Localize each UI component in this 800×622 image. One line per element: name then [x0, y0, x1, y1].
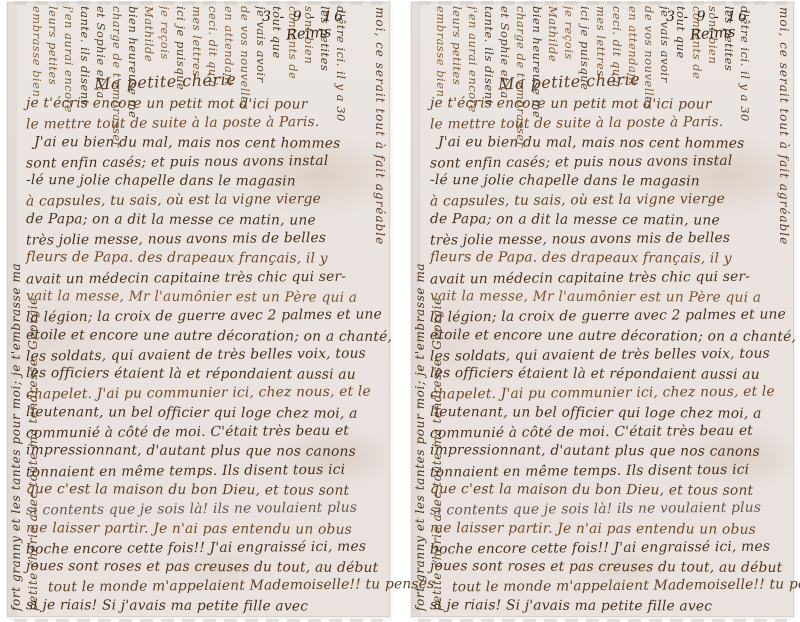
body-line: tout le monde m'appelaient Mademoiselle!…: [430, 576, 786, 598]
body-line: de Papa; on a dit la messe ce matin, une: [26, 210, 382, 231]
body-line: boche encore cette fois!! J'ai engraissé…: [26, 537, 382, 559]
body-line: étoile et encore une autre décoration; o…: [26, 326, 382, 347]
body-line: les soldats, qui avaient de très belles …: [26, 344, 382, 366]
body-line: si je riais! Si j'avais ma petite fille …: [26, 596, 382, 617]
perforated-edge-top: [14, 1, 383, 5]
body-line: le mettre tout de suite à la poste à Par…: [26, 113, 382, 135]
body-line: boche encore cette fois!! J'ai engraissé…: [430, 537, 786, 559]
body-line: à capsules, tu sais, où est la vigne vie…: [26, 190, 382, 212]
body-line: avait un médecin capitaine très chic qui…: [26, 267, 382, 289]
body-line: impressionnant, d'autant plus que nos ca…: [26, 441, 382, 462]
body-line: me laisser partir. Je n'ai pas entendu u…: [430, 519, 786, 540]
body-line: la légion; la croix de guerre avec 2 pal…: [26, 306, 382, 328]
body-line: tout le monde m'appelaient Mademoiselle!…: [26, 576, 382, 598]
margin-closing-line: fort granny et les tantes pour moi; je t…: [412, 121, 429, 611]
body-line: fleurs de Papa. des drapeaux français, i…: [26, 248, 382, 269]
body-line: les soldats, qui avaient de très belles …: [430, 344, 786, 366]
body-line: J'ai eu bien du mal, mais nos cent homme…: [26, 133, 382, 154]
body-line: si contents que je sois là! ils ne voula…: [26, 499, 382, 521]
body-line: J'ai eu bien du mal, mais nos cent homme…: [430, 133, 786, 154]
body-line: si je riais! Si j'avais ma petite fille …: [430, 596, 786, 617]
letter-page-right: d'être ici. il y a 30les petitessont bie…: [411, 2, 794, 617]
margin-closing-line: fort granny et les tantes pour moi; je t…: [8, 121, 25, 611]
body-line: à capsules, tu sais, où est la vigne vie…: [430, 190, 786, 212]
body-line: lieutenant, un bel officier qui loge che…: [26, 403, 382, 424]
body-line: chapelet. J'ai pu communier ici, chez no…: [430, 383, 786, 405]
body-line: si contents que je sois là! ils ne voula…: [430, 499, 786, 521]
body-line: chapelet. J'ai pu communier ici, chez no…: [26, 383, 382, 405]
body-line: tonnaient en même temps. Ils disent tous…: [26, 460, 382, 482]
place-name: Reims: [285, 24, 331, 43]
body-line: lieutenant, un bel officier qui loge che…: [430, 403, 786, 424]
body-line: avait un médecin capitaine très chic qui…: [430, 267, 786, 289]
perforated-edge-top: [418, 1, 787, 5]
letter-body: je t'écris encore un petit mot d'ici pou…: [430, 95, 786, 616]
body-line: la légion; la croix de guerre avec 2 pal…: [430, 306, 786, 328]
letter-body: je t'écris encore un petit mot d'ici pou…: [26, 95, 382, 616]
place-name: Reims: [689, 24, 735, 43]
letter-date: 3 - 9 - 16: [666, 9, 749, 25]
body-line: de Papa; on a dit la messe ce matin, une: [430, 210, 786, 231]
body-line: impressionnant, d'autant plus que nos ca…: [430, 441, 786, 462]
body-line: le mettre tout de suite à la poste à Par…: [430, 113, 786, 135]
letter-scan: d'être ici. il y a 30les petitessont bie…: [0, 0, 800, 622]
letter-page-left: d'être ici. il y a 30les petitessont bie…: [7, 2, 390, 617]
letter-date: 3 - 9 - 16: [262, 9, 345, 25]
body-line: tonnaient en même temps. Ils disent tous…: [430, 460, 786, 482]
body-line: fleurs de Papa. des drapeaux français, i…: [430, 248, 786, 269]
body-line: étoile et encore une autre décoration; o…: [430, 326, 786, 347]
body-line: me laisser partir. Je n'ai pas entendu u…: [26, 519, 382, 540]
